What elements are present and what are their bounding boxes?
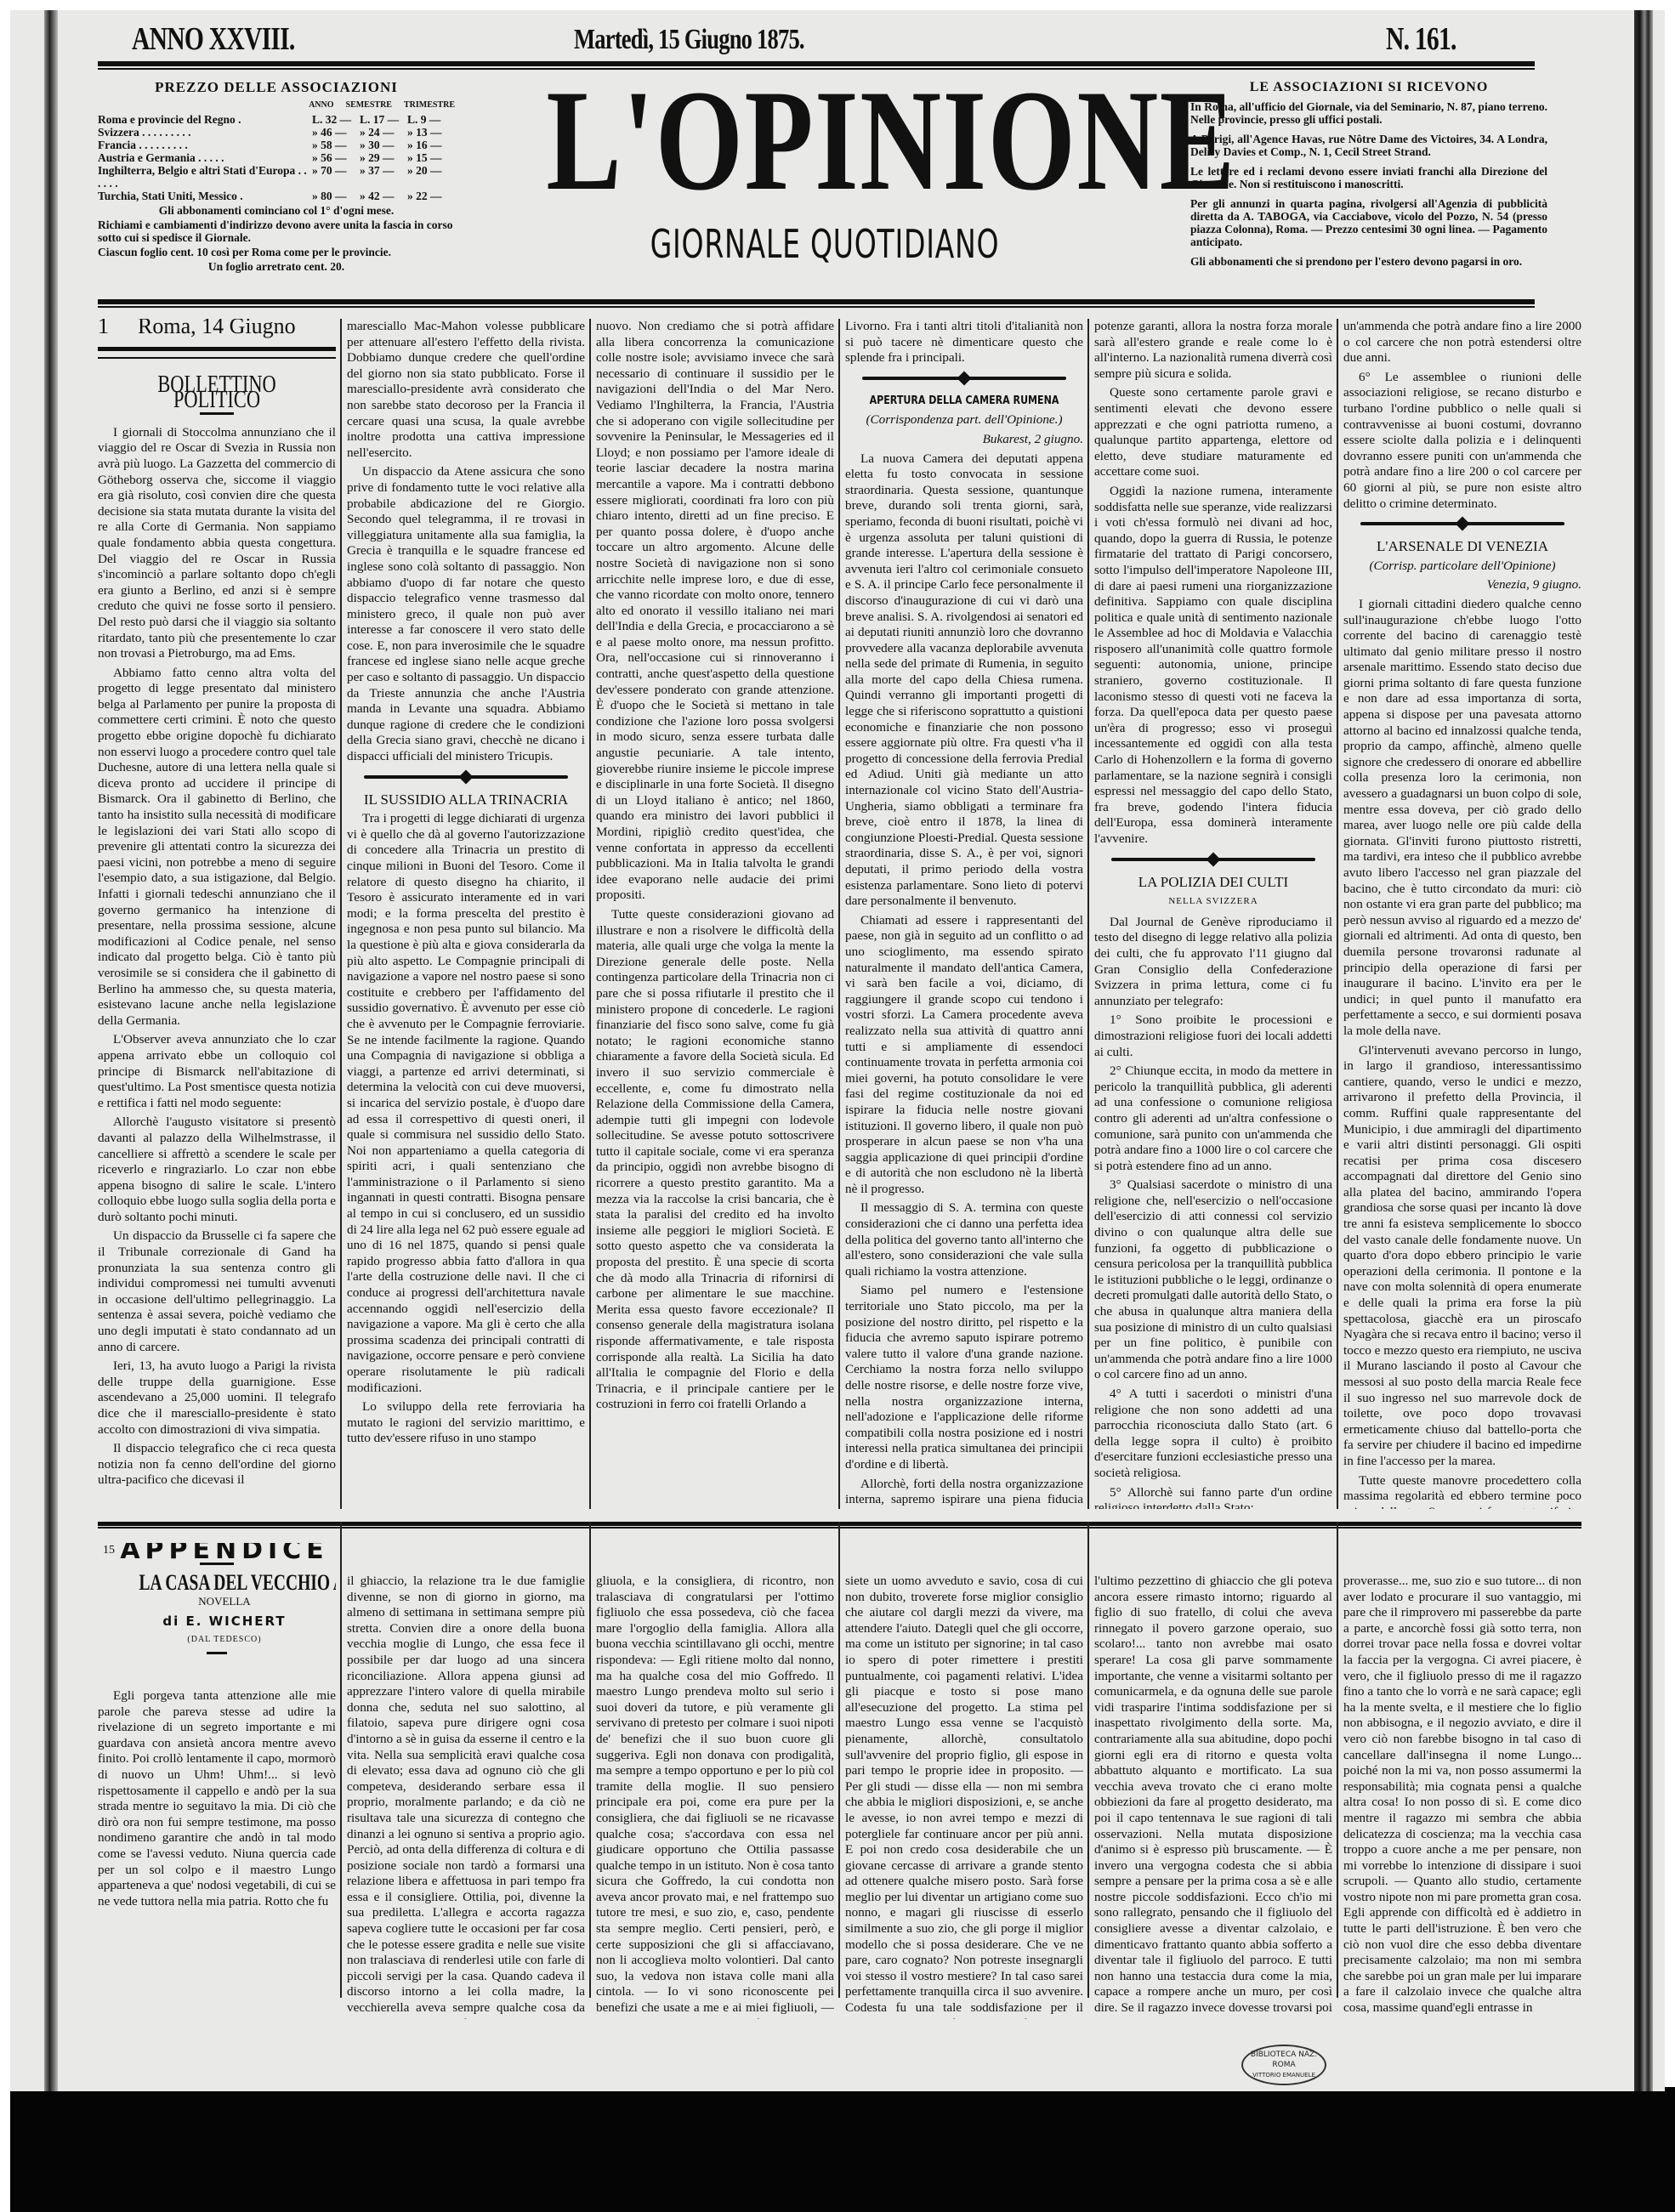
newspaper-subtitle: GIORNALE QUOTIDIANO xyxy=(568,221,1082,267)
price-semestre: » 42 — xyxy=(360,190,407,202)
price-trimestre: » 16 — xyxy=(407,139,455,151)
novel-paragraph: proverasse... me, suo zio e suo tutore..… xyxy=(1343,1574,1581,2016)
column-2: maresciallo Mac-Mahon volesse pubblicare… xyxy=(347,319,585,1509)
appendix-column-3: gliuola, e la consigliera, di ricontro, … xyxy=(596,1543,834,2019)
appendix-number: 15 xyxy=(103,1543,115,1559)
prices-note: Un foglio arretrato cent. 20. xyxy=(98,260,455,273)
column-rule xyxy=(838,1522,840,1998)
article-paragraph: Chiamati ad essere i rappresentanti del … xyxy=(845,913,1083,1198)
novel-genre: NOVELLA xyxy=(98,1594,336,1610)
column-rule xyxy=(340,319,342,1509)
title-rule xyxy=(207,1652,227,1654)
price-trimestre: » 22 — xyxy=(407,190,455,202)
price-anno: » 70 — xyxy=(312,164,360,190)
price-country: Svizzera . . . . . . . . . xyxy=(98,126,312,139)
article-paragraph: La nuova Camera dei deputati appena elet… xyxy=(845,451,1083,910)
subscription-prices-box: PREZZO DELLE ASSOCIAZIONI ANNO SEMESTRE … xyxy=(98,81,455,275)
article-paragraph: Il messaggio di S. A. termina con queste… xyxy=(845,1200,1083,1279)
article-paragraph: I giornali di Stoccolma annunziano che i… xyxy=(98,425,336,662)
price-trimestre: » 13 — xyxy=(407,126,455,139)
ornamental-rule xyxy=(862,377,1066,380)
col-anno: ANNO xyxy=(309,99,333,111)
price-anno: » 58 — xyxy=(312,139,360,151)
prices-table: Roma e provincie del Regno .L. 32 —L. 17… xyxy=(98,113,455,202)
article-placeline: Venezia, 9 giugno. xyxy=(1343,577,1581,593)
article-paragraph: Tra i progetti di legge dichiarati di ur… xyxy=(347,811,585,1396)
front-page-columns: 1Roma, 14 Giugno BOLLETTINO POLITICO I g… xyxy=(98,319,1581,1509)
article-placeline: Bukarest, 2 giugno. xyxy=(845,432,1083,448)
article-title: APERTURA DELLA CAMERA RUMENA xyxy=(863,394,1065,410)
article-paragraph: nuovo. Non crediamo che si potrà affidar… xyxy=(596,319,834,904)
column-rule xyxy=(589,319,591,1509)
article-title: LA POLIZIA DEI CULTI xyxy=(1094,875,1332,891)
appendix-column-4: siete un uomo avveduto e savio, cosa di … xyxy=(845,1543,1083,2019)
stamp-line: VITTORIO EMANUELE xyxy=(1243,2070,1325,2080)
price-semestre: » 24 — xyxy=(360,126,407,139)
price-country: Inghilterra, Belgio e altri Stati d'Euro… xyxy=(98,164,312,190)
appendix-title: APPENDICE xyxy=(98,1543,336,1559)
library-stamp: BIBLIOTECA NAZ. ROMA VITTORIO EMANUELE xyxy=(1241,2045,1326,2085)
article-paragraph: Livorno. Fra i tanti altri titoli d'ital… xyxy=(845,319,1083,366)
ornamental-rule xyxy=(1111,858,1315,861)
article-paragraph: Lo sviluppo della rete ferroviaria ha mu… xyxy=(347,1399,585,1447)
price-semestre: » 30 — xyxy=(360,139,407,151)
price-row: Austria e Germania . . . . .» 56 —» 29 —… xyxy=(98,151,455,164)
column-1: 1Roma, 14 Giugno BOLLETTINO POLITICO I g… xyxy=(98,319,336,1509)
price-anno: » 46 — xyxy=(312,126,360,139)
price-anno: L. 32 — xyxy=(312,113,360,126)
issue-date: Martedì, 15 Giugno 1875. xyxy=(574,24,804,56)
prices-column-headers: ANNO SEMESTRE TRIMESTRE xyxy=(98,99,455,111)
appendix-column-2: il ghiaccio, la relazione tra le due fam… xyxy=(347,1543,585,2019)
appendix-column-5: l'ultimo pezzettino di ghiaccio che gli … xyxy=(1094,1543,1332,2019)
ornamental-rule xyxy=(1360,522,1564,525)
novel-paragraph: gliuola, e la consigliera, di ricontro, … xyxy=(596,1574,834,2019)
novel-title: LA CASA DEL VECCHIO ARTIGIANO xyxy=(128,1575,306,1591)
appendix-rule xyxy=(98,1522,1581,1529)
article-paragraph: Un dispaccio da Brusselle ci fa sapere c… xyxy=(98,1228,336,1355)
price-row: Turchia, Stati Uniti, Messico .» 80 —» 4… xyxy=(98,190,455,202)
stamp-line: ROMA xyxy=(1243,2060,1325,2070)
subscriptions-heading: LE ASSOCIAZIONI SI RICEVONO xyxy=(1190,81,1547,94)
scan-background xyxy=(10,2087,1675,2212)
subscription-info: A Parigi, all'Agence Havas, rue Nôtre Da… xyxy=(1190,133,1547,158)
column-rule xyxy=(1087,319,1089,1509)
price-trimestre: » 20 — xyxy=(407,164,455,190)
article-subtitle: NELLA SVIZZERA xyxy=(1094,893,1332,910)
appendix-column-6: proverasse... me, suo zio e suo tutore..… xyxy=(1343,1543,1581,2019)
article-paragraph: Ieri, 13, ha avuto luogo a Parigi la riv… xyxy=(98,1358,336,1438)
column-3: nuovo. Non crediamo che si potrà affidar… xyxy=(596,319,834,1509)
issue-number: N. 161. xyxy=(1386,20,1456,58)
column-rule xyxy=(1337,1522,1338,1998)
header-rule xyxy=(98,299,1535,308)
page-number: 1 xyxy=(98,319,109,338)
column-rule xyxy=(589,1522,591,1998)
masthead: ANNO XXVIII. Martedì, 15 Giugno 1875. N.… xyxy=(98,20,1535,59)
subscription-info: In Roma, all'ufficio del Giornale, via d… xyxy=(1190,100,1547,126)
novel-paragraph: siete un uomo avveduto e savio, cosa di … xyxy=(845,1574,1083,2019)
price-row: Inghilterra, Belgio e altri Stati d'Euro… xyxy=(98,164,455,190)
novel-author: di E. WICHERT xyxy=(98,1614,336,1630)
subscription-info-box: LE ASSOCIAZIONI SI RICEVONO In Roma, all… xyxy=(1190,81,1547,275)
article-paragraph: 1° Sono proibite le processioni e dimost… xyxy=(1094,1012,1332,1060)
article-subtitle: (Corrispondenza part. dell'Opinione.) xyxy=(845,412,1083,428)
ornamental-rule xyxy=(364,775,568,779)
column-rule xyxy=(340,1522,342,1998)
price-row: Francia . . . . . . . . .» 58 —» 30 —» 1… xyxy=(98,139,455,151)
article-paragraph: I giornali cittadini diedero qualche cen… xyxy=(1343,597,1581,1040)
article-paragraph: un'ammenda che potrà andare fino a lire … xyxy=(1343,319,1581,366)
article-paragraph: 4° A tutti i sacerdoti o ministri d'una … xyxy=(1094,1387,1332,1482)
newspaper-title: L'OPINIONE xyxy=(546,77,1103,204)
article-paragraph: Un dispaccio da Atene assicura che sono … xyxy=(347,464,585,764)
appendix-columns: 15 APPENDICE LA CASA DEL VECCHIO ARTIGIA… xyxy=(98,1543,1581,2019)
novel-paragraph: Egli porgeva tanta attenzione alle mie p… xyxy=(98,1688,336,1909)
subscription-info: Per gli annunzi in quarta pagina, rivolg… xyxy=(1190,197,1547,248)
column-5: potenze garanti, allora la nostra forza … xyxy=(1094,319,1332,1509)
article-paragraph: Allorchè l'augusto visitatore si present… xyxy=(98,1115,336,1225)
novel-translation-note: (DAL TEDESCO) xyxy=(98,1632,336,1648)
page-edge-shadow xyxy=(1634,10,1653,2091)
dateline: 1Roma, 14 Giugno xyxy=(98,319,336,335)
article-paragraph: 5° Allorchè sui fanno parte d'un ordine … xyxy=(1094,1485,1332,1509)
novel-paragraph: l'ultimo pezzettino di ghiaccio che gli … xyxy=(1094,1574,1332,2019)
column-4: Livorno. Fra i tanti altri titoli d'ital… xyxy=(845,319,1083,1509)
prices-note: Ciascun foglio cent. 10 così per Roma co… xyxy=(98,246,455,258)
article-subtitle: (Corrisp. particolare dell'Opinione) xyxy=(1343,559,1581,575)
article-paragraph: Allorchè, forti della nostra organizzazi… xyxy=(845,1477,1083,1509)
dateline-text: Roma, 14 Giugno xyxy=(138,319,296,338)
article-title: L'ARSENALE DI VENEZIA xyxy=(1343,539,1581,555)
page-fold-shadow xyxy=(44,10,58,2091)
prices-note: Gli abbonamenti cominciano col 1° d'ogni… xyxy=(98,204,455,217)
article-paragraph: Queste sono certamente parole gravi e se… xyxy=(1094,385,1332,480)
novel-paragraph: il ghiaccio, la relazione tra le due fam… xyxy=(347,1574,585,2019)
article-paragraph: L'Observer aveva annunziato che lo czar … xyxy=(98,1032,336,1111)
article-paragraph: Abbiamo fatto cenno altra volta del prog… xyxy=(98,666,336,1029)
article-paragraph: 6° Le assemblee o riunioni delle associa… xyxy=(1343,370,1581,512)
price-country: Francia . . . . . . . . . xyxy=(98,139,312,151)
price-semestre: L. 17 — xyxy=(360,113,407,126)
price-semestre: » 29 — xyxy=(360,151,407,164)
article-paragraph: 3° Qualsiasi sacerdote o ministro di una… xyxy=(1094,1177,1332,1383)
price-country: Roma e provincie del Regno . xyxy=(98,113,312,126)
price-trimestre: » 15 — xyxy=(407,151,455,164)
prices-heading: PREZZO DELLE ASSOCIAZIONI xyxy=(98,81,455,94)
subscription-info: Gli abbonamenti che si prendono per l'es… xyxy=(1190,255,1547,268)
price-anno: » 56 — xyxy=(312,151,360,164)
article-paragraph: Dal Journal de Genève riproduciamo il te… xyxy=(1094,915,1332,1010)
article-paragraph: Oggidì la nazione rumena, interamente so… xyxy=(1094,484,1332,848)
article-paragraph: Siamo pel numero e l'estensione territor… xyxy=(845,1283,1083,1472)
price-country: Austria e Germania . . . . . xyxy=(98,151,312,164)
column-rule xyxy=(1087,1522,1089,1998)
article-paragraph: Il dispaccio telegrafico che ci reca que… xyxy=(98,1441,336,1489)
price-semestre: » 37 — xyxy=(360,164,407,190)
nameplate: L'OPINIONE GIORNALE QUOTIDIANO xyxy=(468,77,1182,289)
price-row: Svizzera . . . . . . . . .» 46 —» 24 —» … xyxy=(98,126,455,139)
subscription-info: Le lettere ed i reclami devono essere in… xyxy=(1190,165,1547,190)
price-country: Turchia, Stati Uniti, Messico . xyxy=(98,190,312,202)
article-paragraph: Tutte queste considerazioni giovano ad i… xyxy=(596,907,834,1413)
article-title: BOLLETTINO POLITICO xyxy=(122,377,312,409)
article-paragraph: maresciallo Mac-Mahon volesse pubblicare… xyxy=(347,319,585,461)
column-rule xyxy=(1337,319,1338,1509)
col-semestre: SEMESTRE xyxy=(346,99,392,111)
section-rule xyxy=(98,347,336,359)
column-rule xyxy=(838,319,840,1509)
article-paragraph: Tutte queste manovre procedettero colla … xyxy=(1343,1473,1581,1509)
prices-note: Richiami e cambiamenti d'indirizzo devon… xyxy=(98,218,455,244)
article-title: IL SUSSIDIO ALLA TRINACRIA xyxy=(347,792,585,808)
price-trimestre: L. 9 — xyxy=(407,113,455,126)
article-paragraph: potenze garanti, allora la nostra forza … xyxy=(1094,319,1332,382)
price-row: Roma e provincie del Regno .L. 32 —L. 17… xyxy=(98,113,455,126)
col-trimestre: TRIMESTRE xyxy=(404,99,455,111)
appendix-column-1: 15 APPENDICE LA CASA DEL VECCHIO ARTIGIA… xyxy=(98,1543,336,2019)
article-paragraph: 2° Chiunque eccita, in modo da mettere i… xyxy=(1094,1063,1332,1174)
year-volume: ANNO XXVIII. xyxy=(132,20,295,58)
stamp-line: BIBLIOTECA NAZ. xyxy=(1243,2050,1325,2060)
price-anno: » 80 — xyxy=(312,190,360,202)
article-paragraph: Gl'intervenuti avevano percorso in lungo… xyxy=(1343,1043,1581,1470)
column-6: un'ammenda che potrà andare fino a lire … xyxy=(1343,319,1581,1509)
